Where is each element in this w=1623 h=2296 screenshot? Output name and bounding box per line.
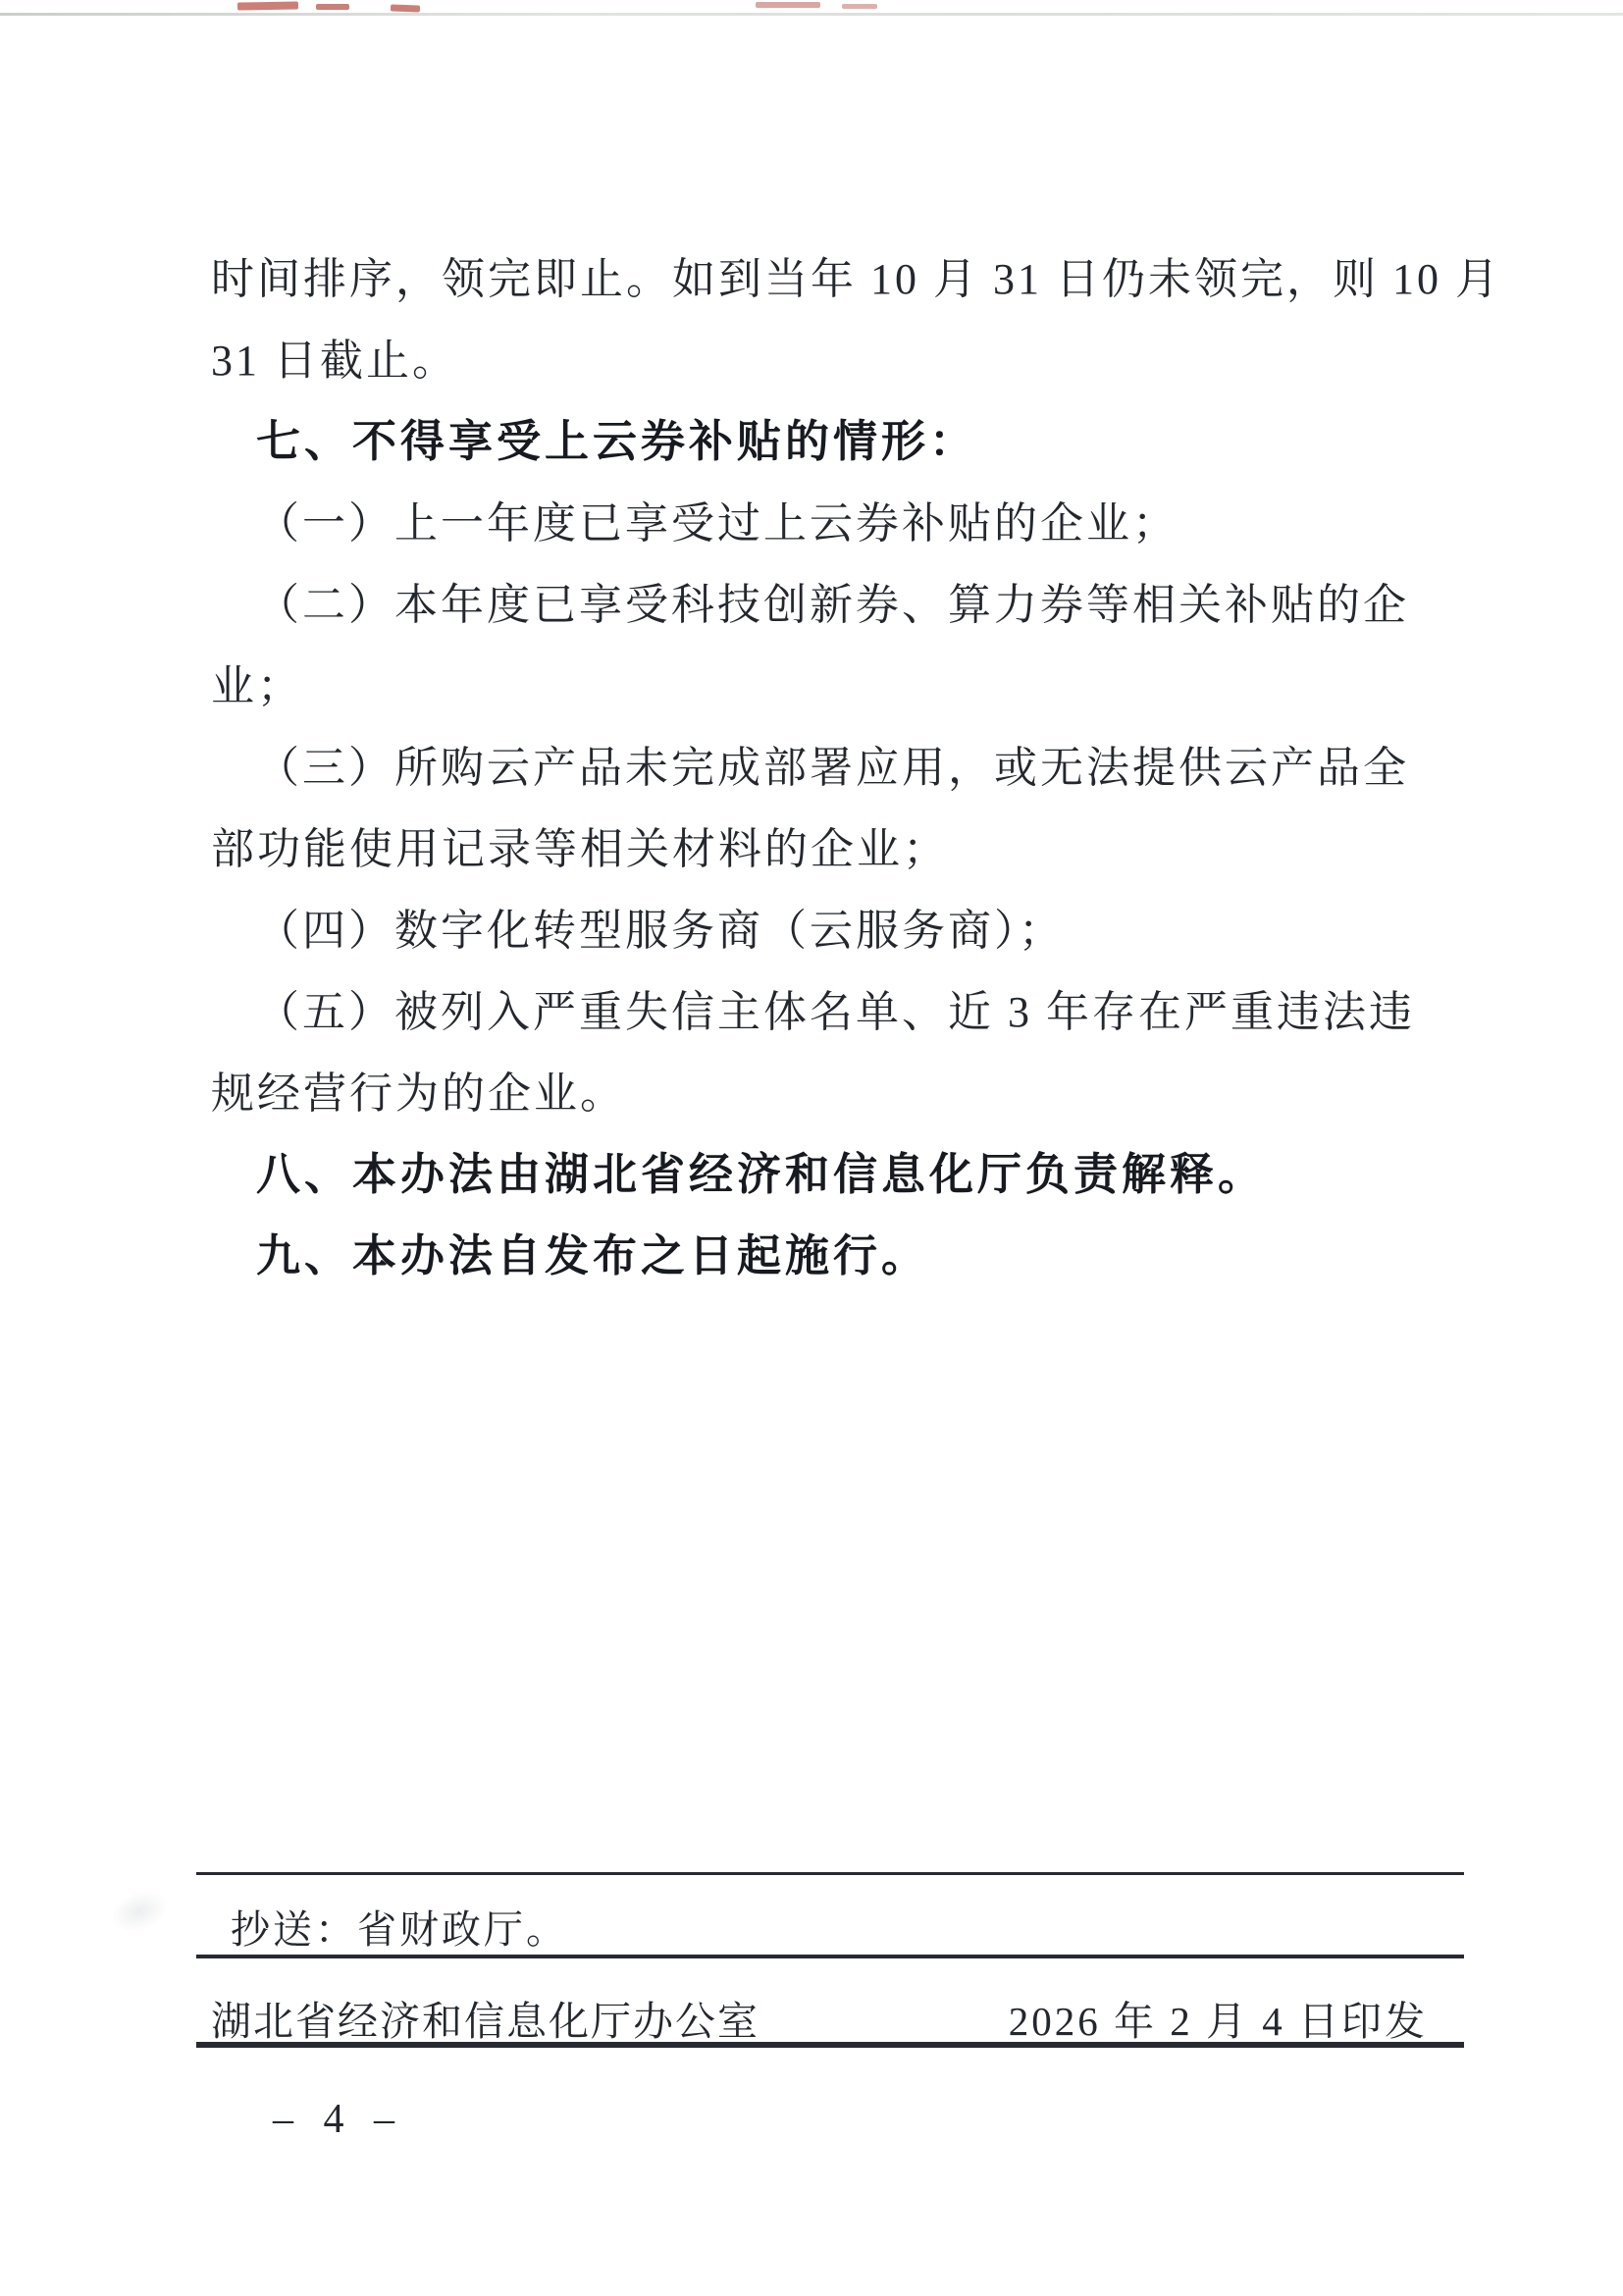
scan-artifact-red xyxy=(842,4,877,9)
footer-rule-bottom xyxy=(196,2042,1464,2048)
cc-row: 抄送：省财政厅。 xyxy=(231,1902,1428,1951)
scan-artifact-red xyxy=(237,1,298,10)
scan-artifact-red xyxy=(316,4,349,10)
scan-artifact-red xyxy=(391,4,420,12)
heading-line: 八、本办法由湖北省经济和信息化厅负责解释。 xyxy=(211,1129,1423,1211)
body-line: 部功能使用记录等相关材料的企业； xyxy=(211,804,1423,885)
issuer-row: 湖北省经济和信息化厅办公室 2026 年 2 月 4 日印发 xyxy=(211,1992,1428,2043)
body-line: 业； xyxy=(211,641,1423,722)
body-line: 31 日截止。 xyxy=(211,315,1423,396)
document-page: 时间排序，领完即止。如到当年 10 月 31 日仍未领完，则 10 月31 日截… xyxy=(0,0,1623,2296)
heading-line: 九、本办法自发布之日起施行。 xyxy=(211,1211,1423,1292)
body-line: （一）上一年度已享受过上云券补贴的企业； xyxy=(211,478,1423,559)
scan-edge-line xyxy=(0,13,1623,16)
body-line: 时间排序，领完即止。如到当年 10 月 31 日仍未领完，则 10 月 xyxy=(211,234,1423,315)
body-line: （三）所购云产品未完成部署应用，或无法提供云产品全 xyxy=(211,722,1423,804)
scan-smudge xyxy=(105,1883,174,1940)
cc-line: 抄送：省财政厅。 xyxy=(231,1899,568,1955)
body-line: （四）数字化转型服务商（云服务商）； xyxy=(211,885,1423,966)
page-number: – 4 – xyxy=(273,2096,404,2143)
body-line: 规经营行为的企业。 xyxy=(211,1048,1423,1129)
issuing-office: 湖北省经济和信息化厅办公室 xyxy=(211,1989,759,2047)
document-body: 时间排序，领完即止。如到当年 10 月 31 日仍未领完，则 10 月31 日截… xyxy=(211,234,1423,1292)
print-date: 2026 年 2 月 4 日印发 xyxy=(1009,1989,1428,2047)
body-line: （五）被列入严重失信主体名单、近 3 年存在严重违法违 xyxy=(211,966,1423,1048)
footer-rule-middle xyxy=(196,1955,1464,1958)
heading-line: 七、不得享受上云券补贴的情形： xyxy=(211,396,1423,478)
body-line: （二）本年度已享受科技创新券、算力券等相关补贴的企 xyxy=(211,559,1423,641)
footer-rule-top xyxy=(196,1872,1464,1875)
scan-artifact-red xyxy=(756,2,820,8)
